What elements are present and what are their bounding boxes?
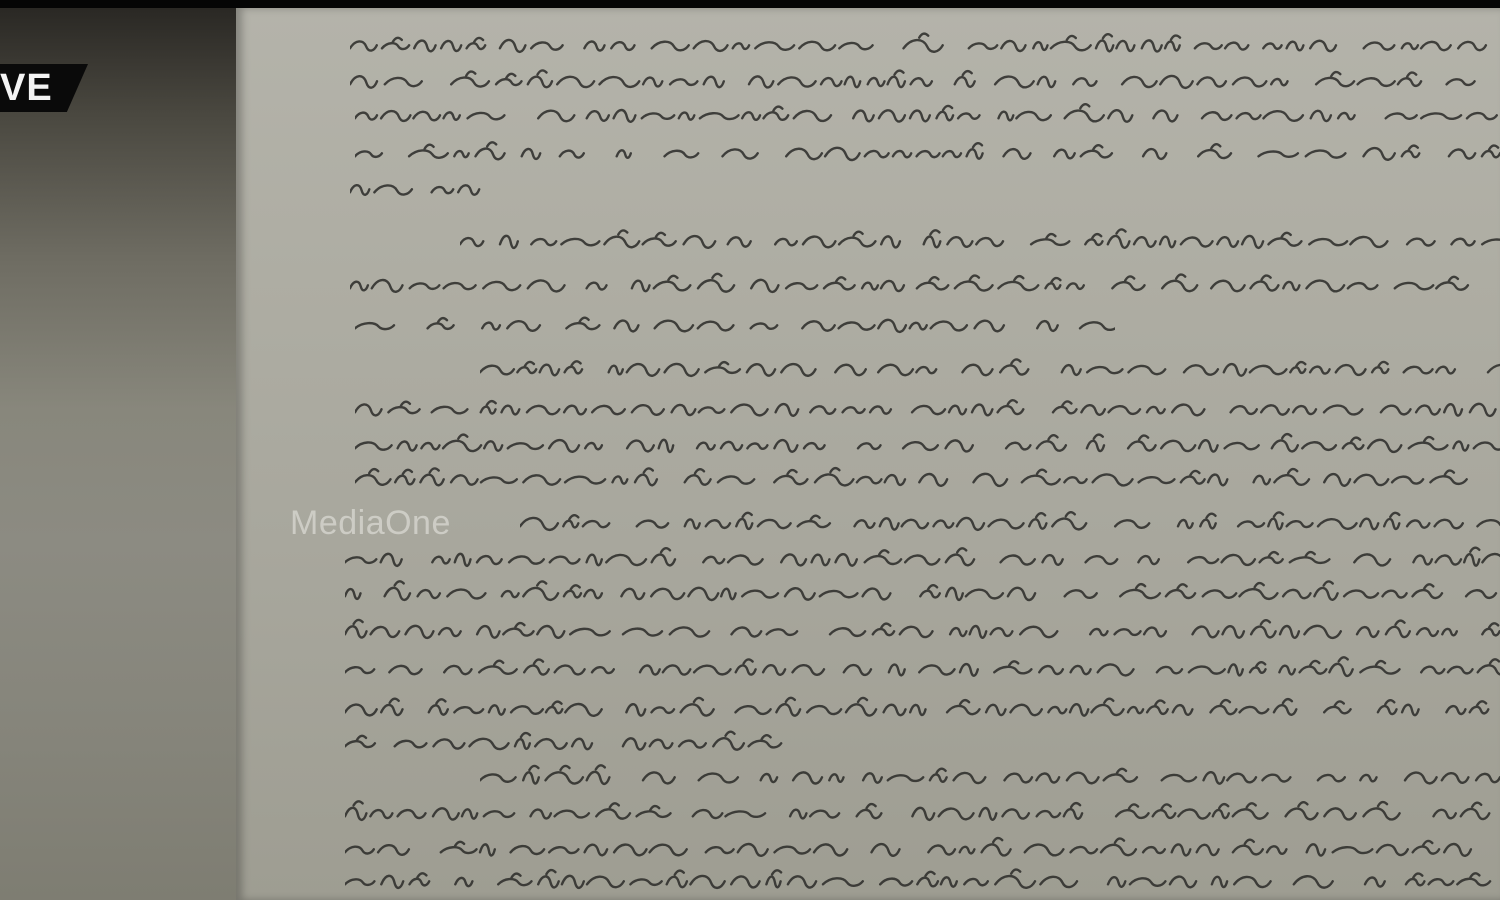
video-frame: VE MediaOne: [0, 0, 1500, 900]
script-strokes-icon: [355, 396, 1500, 422]
script-strokes-icon: [520, 510, 1500, 536]
handwritten-line: [355, 466, 1500, 492]
channel-watermark: MediaOne: [290, 504, 451, 543]
handwritten-line: [350, 68, 1480, 94]
handwritten-line: [350, 272, 1500, 298]
handwritten-line: [355, 312, 1115, 338]
handwritten-line: [350, 176, 490, 202]
script-strokes-icon: [355, 102, 1500, 128]
handwritten-line: [345, 730, 785, 756]
handwritten-line: [355, 102, 1500, 128]
script-strokes-icon: [355, 312, 1115, 338]
script-strokes-icon: [350, 272, 1500, 298]
live-label: VE: [0, 68, 53, 108]
script-strokes-icon: [480, 764, 1500, 790]
handwritten-line: [460, 228, 1500, 254]
script-strokes-icon: [345, 868, 1500, 894]
handwritten-line: [345, 580, 1500, 606]
script-strokes-icon: [345, 580, 1500, 606]
script-strokes-icon: [355, 140, 1500, 166]
handwritten-line: [345, 546, 1500, 572]
script-strokes-icon: [345, 800, 1500, 826]
script-strokes-icon: [355, 466, 1500, 492]
script-strokes-icon: [480, 356, 1500, 382]
script-strokes-icon: [350, 176, 490, 202]
handwritten-line: [520, 510, 1500, 536]
script-strokes-icon: [460, 228, 1500, 254]
script-strokes-icon: [345, 696, 1500, 722]
top-black-bar: [0, 0, 1500, 8]
handwritten-line: [345, 836, 1475, 862]
script-strokes-icon: [345, 618, 1500, 644]
handwritten-line: [345, 696, 1500, 722]
background-left: [0, 8, 236, 900]
handwritten-line: [480, 356, 1500, 382]
handwritten-line: [355, 140, 1500, 166]
handwritten-line: [345, 656, 1500, 682]
handwritten-line: [480, 764, 1500, 790]
handwritten-line: [345, 800, 1500, 826]
script-strokes-icon: [345, 546, 1500, 572]
script-strokes-icon: [345, 730, 785, 756]
handwritten-line: [350, 32, 1500, 58]
handwritten-line: [345, 618, 1500, 644]
script-strokes-icon: [350, 32, 1500, 58]
script-strokes-icon: [345, 836, 1475, 862]
handwritten-line: [355, 432, 1500, 458]
script-strokes-icon: [355, 432, 1500, 458]
script-strokes-icon: [350, 68, 1480, 94]
script-strokes-icon: [345, 656, 1500, 682]
handwritten-line: [355, 396, 1500, 422]
handwritten-line: [345, 868, 1500, 894]
